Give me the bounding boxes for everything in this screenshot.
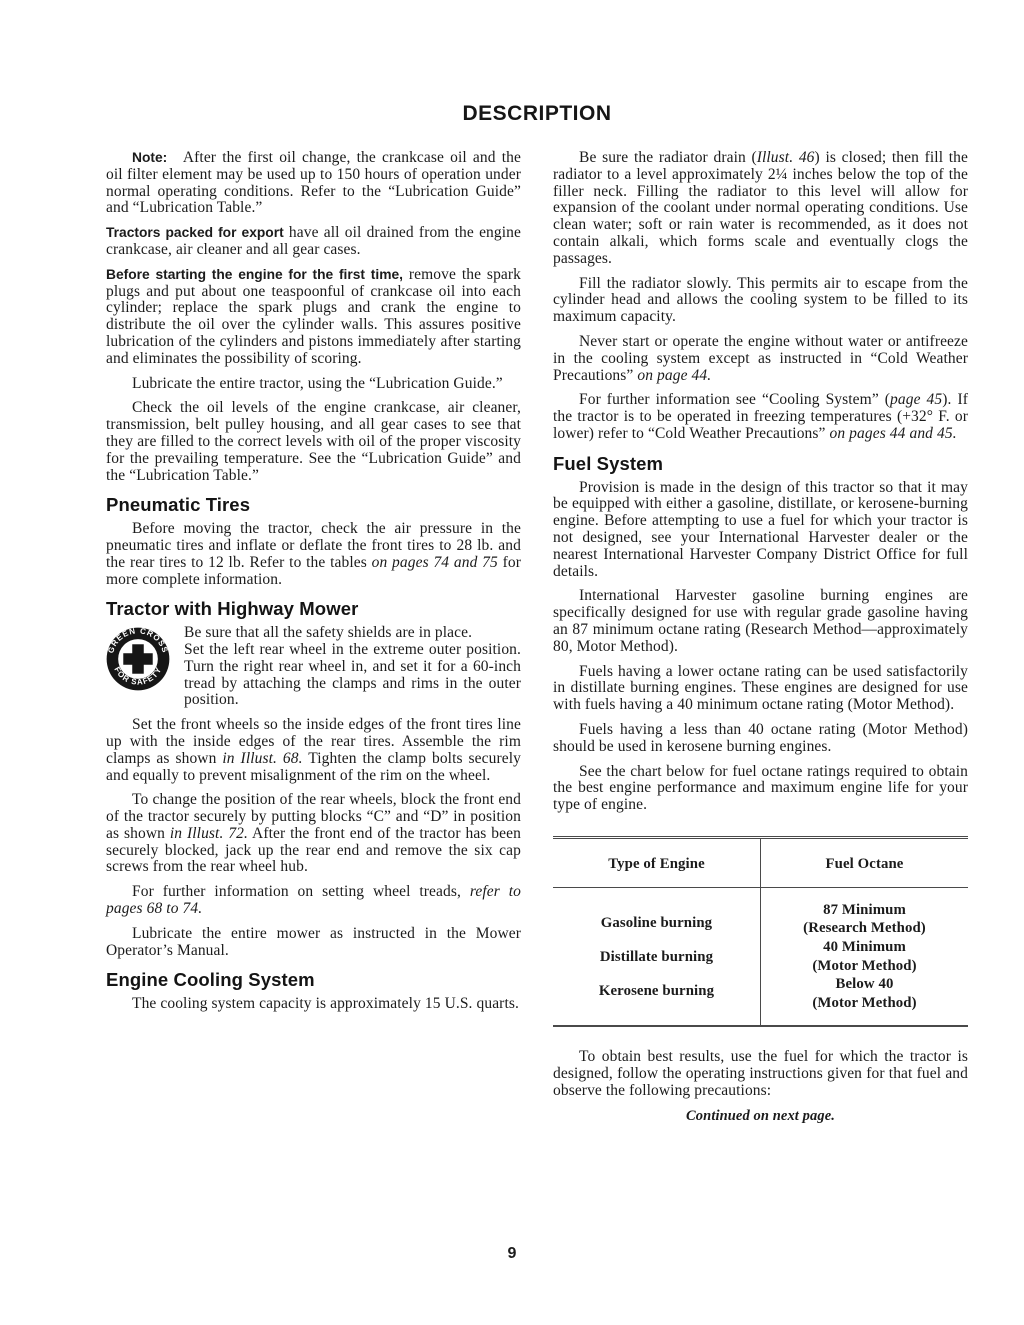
text-run: Be sure the radiator drain ( xyxy=(579,149,757,166)
fuel-octane-table: Type of EngineFuel OctaneGasoline burnin… xyxy=(553,836,968,1028)
text-run: ) is closed; then fill the radiator to a… xyxy=(553,149,968,267)
fuel-octane-cell: (Motor Method) xyxy=(767,994,962,1013)
section-heading: Pneumatic Tires xyxy=(106,497,521,514)
fuel-octane-cell: (Motor Method) xyxy=(767,957,962,976)
italic-reference: Illust. 46 xyxy=(757,149,815,166)
fuel-octane-cell: 40 Minimum xyxy=(767,938,962,957)
page-content: DESCRIPTION Note: After the first oil ch… xyxy=(106,102,968,1125)
right-column: Be sure the radiator drain (Illust. 46) … xyxy=(553,150,968,1125)
engine-type-cell: Gasoline burning xyxy=(559,914,754,932)
paragraph: Check the oil levels of the engine crank… xyxy=(106,400,521,484)
fuel-octane-column: 87 Minimum(Research Method)40 Minimum(Mo… xyxy=(760,888,968,1026)
left-column: Note: After the first oil change, the cr… xyxy=(106,150,521,1125)
text-run: Provision is made in the design of this … xyxy=(553,479,968,580)
text-run: Never start or operate the engine withou… xyxy=(553,333,968,384)
italic-reference: on page 44. xyxy=(637,367,711,384)
text-run: To obtain best results, use the fuel for… xyxy=(553,1048,968,1099)
section-heading: Tractor with Highway Mower xyxy=(106,601,521,618)
italic-reference: in Illust. 68. xyxy=(222,750,302,767)
green-cross-safety-icon: GREEN CROSSFOR SAFETY xyxy=(106,627,170,691)
paragraph: Set the front wheels so the inside edges… xyxy=(106,717,521,784)
paragraph: Before starting the engine for the first… xyxy=(106,267,521,368)
paragraph: To change the position of the rear wheel… xyxy=(106,792,521,876)
text-run: Lubricate the entire mower as instructed… xyxy=(106,925,521,959)
paragraph: Never start or operate the engine withou… xyxy=(553,334,968,384)
italic-reference: on pages 74 and 75 xyxy=(372,554,498,571)
italic-reference: page 45 xyxy=(890,391,942,408)
paragraph: Be sure the radiator drain (Illust. 46) … xyxy=(553,150,968,268)
fuel-octane-cell: 87 Minimum xyxy=(767,901,962,920)
text-run: Set the left rear wheel in the extreme o… xyxy=(184,641,521,708)
paragraph: Provision is made in the design of this … xyxy=(553,480,968,581)
text-run: After the first oil change, the crankcas… xyxy=(106,149,521,216)
bold-lead-text: Tractors packed for export xyxy=(106,225,284,240)
bold-lead-text: Note: xyxy=(132,150,167,165)
text-run: For further information on setting wheel… xyxy=(132,883,470,900)
continued-note: Continued on next page. xyxy=(553,1108,968,1125)
fuel-octane-cell: Below 40 xyxy=(767,975,962,994)
table-header: Fuel Octane xyxy=(760,839,968,888)
paragraph: Lubricate the entire mower as instructed… xyxy=(106,926,521,960)
engine-type-cell: Distillate burning xyxy=(559,948,754,966)
paragraph: Fill the radiator slowly. This permits a… xyxy=(553,276,968,326)
paragraph: For further information see “Cooling Sys… xyxy=(553,392,968,442)
bold-lead-text: Before starting the engine for the first… xyxy=(106,267,403,282)
safety-note: GREEN CROSSFOR SAFETYBe sure that all th… xyxy=(106,625,521,709)
table-body-row: Gasoline burningDistillate burningKerose… xyxy=(553,888,968,1026)
text-run: Lubricate the entire tractor, using the … xyxy=(132,375,503,392)
table-header-row: Type of EngineFuel Octane xyxy=(553,839,968,888)
manual-page: DESCRIPTION Note: After the first oil ch… xyxy=(0,0,1024,1325)
italic-reference: on pages 44 and 45. xyxy=(830,425,957,442)
italic-reference: in Illust. 72. xyxy=(170,825,248,842)
text-run: The cooling system capacity is approxima… xyxy=(132,995,519,1012)
page-number: 9 xyxy=(0,1245,1024,1263)
engine-type-cell: Kerosene burning xyxy=(559,982,754,1000)
paragraph: The cooling system capacity is approxima… xyxy=(106,996,521,1013)
section-heading: Fuel System xyxy=(553,456,968,473)
paragraph: Lubricate the entire tractor, using the … xyxy=(106,376,521,393)
paragraph: International Harvester gasoline burning… xyxy=(553,588,968,655)
text-run: Be sure that all the safety shields are … xyxy=(184,624,472,641)
two-column-layout: Note: After the first oil change, the cr… xyxy=(106,150,968,1125)
text-run: Fill the radiator slowly. This permits a… xyxy=(553,275,968,326)
text-run: International Harvester gasoline burning… xyxy=(553,587,968,654)
paragraph: See the chart below for fuel octane rati… xyxy=(553,764,968,814)
paragraph: To obtain best results, use the fuel for… xyxy=(553,1049,968,1099)
text-run: For further information see “Cooling Sys… xyxy=(579,391,890,408)
text-run: Check the oil levels of the engine crank… xyxy=(106,399,521,483)
text-run: See the chart below for fuel octane rati… xyxy=(553,763,968,814)
page-title: DESCRIPTION xyxy=(106,102,968,126)
engine-type-column: Gasoline burningDistillate burningKerose… xyxy=(553,888,760,1026)
paragraph: Tractors packed for export have all oil … xyxy=(106,225,521,259)
paragraph: Fuels having a less than 40 octane ratin… xyxy=(553,722,968,756)
table-header: Type of Engine xyxy=(553,839,760,888)
text-run: Fuels having a lower octane rating can b… xyxy=(553,663,968,714)
paragraph: For further information on setting wheel… xyxy=(106,884,521,918)
fuel-octane-cell: (Research Method) xyxy=(767,919,962,938)
section-heading: Engine Cooling System xyxy=(106,972,521,989)
paragraph: Note: After the first oil change, the cr… xyxy=(106,150,521,217)
paragraph: Fuels having a lower octane rating can b… xyxy=(553,664,968,714)
paragraph: Before moving the tractor, check the air… xyxy=(106,521,521,588)
text-run: Fuels having a less than 40 octane ratin… xyxy=(553,721,968,755)
